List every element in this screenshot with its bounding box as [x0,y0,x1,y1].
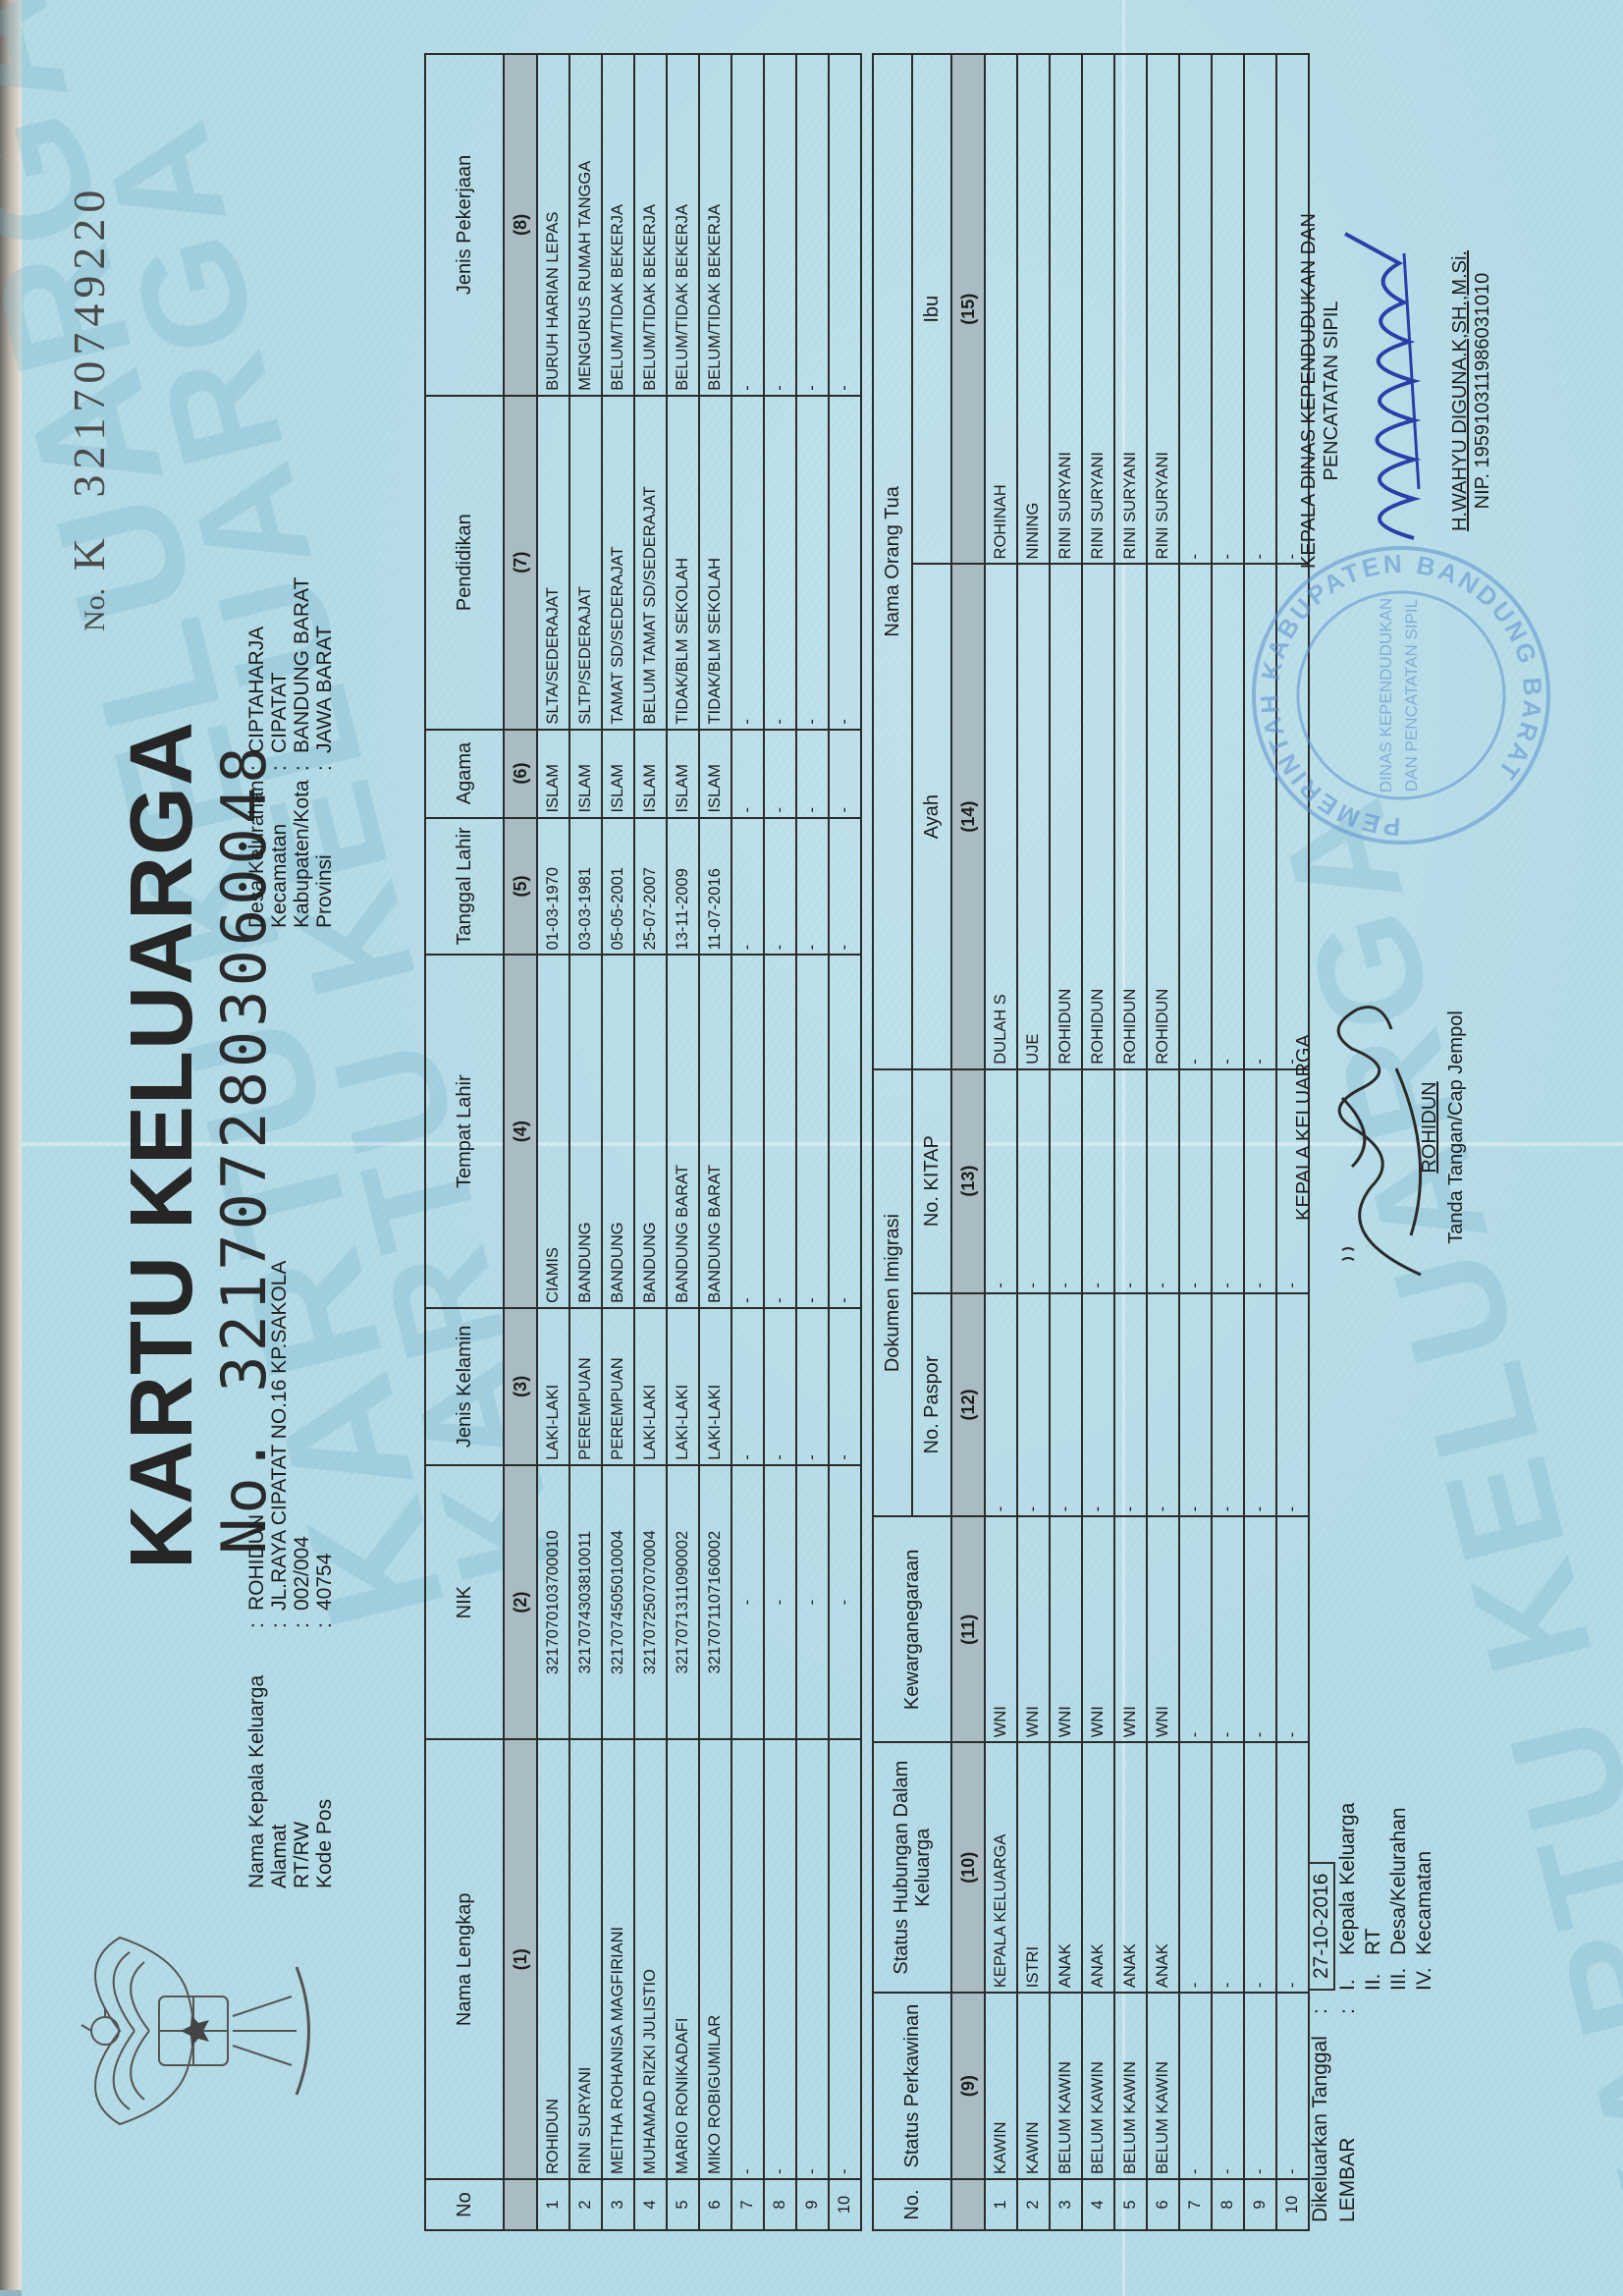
col-header: Pendidikan [425,396,504,730]
table-cell: BELUM/TIDAK BEKERJA [602,54,634,396]
col-number: (1) [504,1740,537,2180]
village-value: CIPTAHARJA [245,627,268,753]
table-row: 4BELUM KAWINANAKWNI--ROHIDUNRINI SURYANI [1082,54,1114,2230]
table-cell: - [796,1740,829,2180]
table-cell: 3 [602,2179,634,2230]
document-title: KARTU KELUARGA [112,721,213,1569]
table-cell: PEREMPUAN [569,1308,602,1465]
label: Alamat [268,1628,291,1888]
regency-value: BANDUNG BARAT [291,577,313,753]
table-cell: - [1179,1069,1212,1293]
official-signature-block: KEPALA DINAS KEPENDUDUKAN DAN PENCATATAN… [1298,136,1494,646]
table-cell: - [1212,1993,1244,2179]
table-cell: - [731,1465,764,1740]
col-header: Tanggal Lahir [425,818,504,956]
table-cell: - [1244,1993,1276,2179]
lembar-number: II. [1361,1955,1386,1991]
table-row: 9------- [1244,54,1276,2230]
col-number: (14) [951,564,985,1068]
col-header: Ayah [912,564,951,1068]
table-cell: - [1179,1742,1212,1993]
table-cell: - [764,54,796,396]
table-cell: RINI SURYANI [1147,54,1179,564]
col-header: No. [873,2179,951,2230]
table-cell: 3217071311090002 [667,1465,699,1740]
table-cell: - [1212,1516,1244,1742]
col-header: Status Perkawinan [873,1993,951,2179]
region-info: Desa/Kelurahan:CIPTAHARJA Kecamatan:CIPA… [245,577,336,928]
table-row: 3BELUM KAWINANAKWNI--ROHIDUNRINI SURYANI [1050,54,1082,2230]
col-number [951,2179,985,2230]
table-row: 6BELUM KAWINANAKWNI--ROHIDUNRINI SURYANI [1147,54,1179,2230]
members-table: No Nama Lengkap NIK Jenis Kelamin Tempat… [424,53,862,2231]
table-row: 7-------- [731,54,764,2230]
table-cell: 9 [796,2179,829,2230]
label: RT/RW [291,1628,313,1888]
table-cell: 10 [829,2179,861,2230]
col-number: (5) [504,818,537,956]
table-cell: MIKO ROBIGUMILAR [699,1740,731,2180]
table-cell: ROHIDUN [1082,564,1114,1068]
col-header: Nama Lengkap [425,1740,504,2180]
table-cell: - [829,396,861,730]
table-cell: RINI SURYANI [1082,54,1114,564]
table-cell: ROHIDUN [1147,564,1179,1068]
table-cell: - [731,730,764,818]
table-cell: - [764,730,796,818]
table-cell: 1 [985,2179,1017,2230]
table-cell: 3217074505010004 [602,1465,634,1740]
head-of-family-signature-block: KEPALA KELUARGA ROHIDUN Tanda Tangan/Cap… [1293,941,1468,1314]
table-row: 8-------- [764,54,796,2230]
issue-info: Dikeluarkan Tanggal : 27-10-2016 LEMBAR … [1308,1803,1437,2222]
table-cell: ANAK [1082,1742,1114,1993]
table-cell: - [796,1308,829,1465]
table-cell: - [1276,1516,1309,1742]
table-cell: ISLAM [634,730,667,818]
address-value: JL.RAYA CIPATAT NO.16 KP.SAKOLA [268,1261,291,1611]
table-cell: WNI [1114,1516,1147,1742]
table-cell: BELUM KAWIN [1082,1993,1114,2179]
rt-rw-value: 002/004 [291,1536,313,1611]
table-cell: 25-07-2007 [634,818,667,956]
household-info: Nama Kepala Keluarga:ROHIDUN Alamat:JL.R… [245,1261,336,1888]
table-row: 4MUHAMAD RIZKI JULISTIO3217072507070004L… [634,54,667,2230]
table-cell: ANAK [1050,1742,1082,1993]
table-cell: 3217070103700010 [537,1465,569,1740]
table-cell: - [1212,1069,1244,1293]
table-cell: PEREMPUAN [602,1308,634,1465]
table-cell: - [1212,1293,1244,1517]
table-cell: BELUM/TIDAK BEKERJA [667,54,699,396]
table-cell: RINI SURYANI [1050,54,1082,564]
serial-number: No. K 32170749220 [63,185,115,631]
table-cell: - [1050,1069,1082,1293]
table-row: 10-------- [829,54,861,2230]
table-cell: - [1114,1293,1147,1517]
col-number: (3) [504,1308,537,1465]
table-row: 5BELUM KAWINANAKWNI--ROHIDUNRINI SURYANI [1114,54,1147,2230]
issued-date: 27-10-2016 [1308,1862,1335,1991]
table-cell: 03-03-1981 [569,818,602,956]
table-cell: - [1147,1293,1179,1517]
table-cell: - [731,818,764,956]
table-cell: - [829,1465,861,1740]
table-cell: - [985,1069,1017,1293]
col-number: (12) [951,1293,985,1517]
table-cell: BELUM KAWIN [1050,1993,1082,2179]
table-cell: 4 [1082,2179,1114,2230]
table-cell: BELUM/TIDAK BEKERJA [634,54,667,396]
table-cell: - [1147,1069,1179,1293]
table-cell: KAWIN [985,1993,1017,2179]
table-cell: - [796,1465,829,1740]
table-cell: - [1179,1293,1212,1517]
table-cell: 05-05-2001 [602,818,634,956]
table-cell: BANDUNG [634,955,667,1307]
table-cell: 13-11-2009 [667,818,699,956]
table-cell: - [796,396,829,730]
table-cell: 5 [667,2179,699,2230]
status-table: No. Status Perkawinan Status Hubungan Da… [872,53,1310,2231]
table-cell: ROHIDUN [1050,564,1082,1068]
signature-caption: Tanda Tangan/Cap Jempol [1445,941,1468,1314]
table-row: 1ROHIDUN3217070103700010LAKI-LAKICIAMIS0… [537,54,569,2230]
table-cell: LAKI-LAKI [699,1308,731,1465]
table-row: 1KAWINKEPALA KELUARGAWNI--DULAH SROHINAH [985,54,1017,2230]
table-cell: WNI [1147,1516,1179,1742]
col-number: (6) [504,730,537,818]
table-row: 7------- [1179,54,1212,2230]
table-row: 8------- [1212,54,1244,2230]
table-cell: - [731,955,764,1307]
table-cell: WNI [985,1516,1017,1742]
lembar-number: III. [1386,1955,1412,1991]
table-cell: - [1179,564,1212,1068]
table-cell: - [764,1465,796,1740]
table-cell: - [1212,1742,1244,1993]
col-number: (13) [951,1069,985,1293]
col-header: No. Paspor [912,1293,951,1517]
table-cell: - [796,955,829,1307]
table-cell: BELUM KAWIN [1147,1993,1179,2179]
lembar-item: Kecamatan [1412,1851,1437,1955]
label: Provinsi [313,771,336,928]
serial-letter: K [64,532,114,571]
table-cell: BELUM/TIDAK BEKERJA [699,54,731,396]
col-number: (4) [504,955,537,1307]
table-cell: BELUM KAWIN [1114,1993,1147,2179]
table-cell: 3217071107160002 [699,1465,731,1740]
table-cell: BANDUNG BARAT [667,955,699,1307]
family-card-document: KARTU KELUARGA KARTU KELUARGA KARTU KELU… [22,0,1623,2296]
table-cell: - [1179,1516,1212,1742]
table-row: 5MARIO RONIKADAFI3217071311090002LAKI-LA… [667,54,699,2230]
table-cell: LAKI-LAKI [634,1308,667,1465]
table-cell: - [1276,1993,1309,2179]
table-cell: - [796,54,829,396]
table-cell: - [731,396,764,730]
table-cell: 1 [537,2179,569,2230]
col-group-header: Dokumen Imigrasi [873,1069,912,1517]
table-cell: 7 [731,2179,764,2230]
table-cell: BANDUNG [569,955,602,1307]
table-cell: BELUM TAMAT SD/SEDERAJAT [634,396,667,730]
table-cell: 10 [1276,2179,1309,2230]
table-cell: 2 [1017,2179,1050,2230]
table-cell: 3217074303810011 [569,1465,602,1740]
col-number: (15) [951,54,985,564]
table-cell: - [1244,1293,1276,1517]
table-cell: - [1244,1742,1276,1993]
table-cell: RINI SURYANI [569,1740,602,2180]
table-cell: 9 [1244,2179,1276,2230]
label: Kode Pos [313,1628,336,1888]
table-cell: ISLAM [602,730,634,818]
table-cell: KAWIN [1017,1993,1050,2179]
col-header: Kewarganegaraan [873,1516,951,1742]
col-number [504,2179,537,2230]
table-cell: - [764,1308,796,1465]
table-cell: CIAMIS [537,955,569,1307]
table-cell: - [764,1740,796,2180]
table-cell: ISLAM [667,730,699,818]
table-cell: - [829,955,861,1307]
table-cell: MUHAMAD RIZKI JULISTIO [634,1740,667,2180]
table-cell: LAKI-LAKI [667,1308,699,1465]
head-of-family-value: ROHIDUN [245,1514,268,1611]
col-header: No [425,2179,504,2230]
table-cell: - [731,1740,764,2180]
table-cell: SLTP/SEDERAJAT [569,396,602,730]
table-cell: 3 [1050,2179,1082,2230]
table-cell: - [829,1740,861,2180]
table-row: 3MEITHA ROHANISA MAGFIRIANI3217074505010… [602,54,634,2230]
table-cell: ROHIDUN [537,1740,569,2180]
col-header: Status Hubungan Dalam Keluarga [873,1742,951,1993]
table-cell: SLTA/SEDERAJAT [537,396,569,730]
col-header: NIK [425,1465,504,1740]
table-cell: - [1244,54,1276,564]
table-cell: MARIO RONIKADAFI [667,1740,699,2180]
table-cell: ISLAM [537,730,569,818]
table-cell: WNI [1082,1516,1114,1742]
label: Nama Kepala Keluarga [245,1628,268,1888]
table-cell: - [1212,564,1244,1068]
table-cell: - [1244,1069,1276,1293]
col-number: (9) [951,1993,985,2179]
col-number: (7) [504,396,537,730]
official-name: H.WAHYU DIGUNA.K,SH.,M.Si. [1449,136,1472,646]
table-cell: DULAH S [985,564,1017,1068]
table-cell: - [796,730,829,818]
label: Kecamatan [268,771,291,928]
table-cell: ANAK [1147,1742,1179,1993]
province-value: JAWA BARAT [313,626,336,753]
table-cell: - [829,818,861,956]
table-cell: - [1082,1293,1114,1517]
table-cell: 6 [699,2179,731,2230]
table-cell: - [1050,1293,1082,1517]
lembar-number: I. [1335,1955,1361,1991]
table-cell: WNI [1017,1516,1050,1742]
table-cell: ISTRI [1017,1742,1050,1993]
table-cell: - [764,396,796,730]
col-number: (2) [504,1465,537,1740]
table-cell: - [1244,1516,1276,1742]
col-header: No. KITAP [912,1069,951,1293]
table-cell: NINING [1017,54,1050,564]
table-cell: - [829,1308,861,1465]
table-row: 2RINI SURYANI3217074303810011PEREMPUANBA… [569,54,602,2230]
table-cell: BURUH HARIAN LEPAS [537,54,569,396]
col-number: (8) [504,54,537,396]
table-row: 6MIKO ROBIGUMILAR3217071107160002LAKI-LA… [699,54,731,2230]
lembar-item: RT [1361,1928,1386,1955]
col-header: Jenis Pekerjaan [425,54,504,396]
table-cell: ISLAM [569,730,602,818]
table-cell: - [731,54,764,396]
col-header: Tempat Lahir [425,955,504,1307]
table-cell: 4 [634,2179,667,2230]
table-cell: RINI SURYANI [1114,54,1147,564]
table-cell: - [1082,1069,1114,1293]
table-cell: ISLAM [699,730,731,818]
table-cell: WNI [1050,1516,1082,1742]
table-cell: - [731,1308,764,1465]
table-cell: - [1179,1993,1212,2179]
table-cell: - [829,54,861,396]
table-cell: - [764,955,796,1307]
table-cell: TIDAK/BLM SEKOLAH [667,396,699,730]
signature-icon [1313,960,1440,1294]
table-cell: - [796,818,829,956]
table-cell: MENGURUS RUMAH TANGGA [569,54,602,396]
lembar-number: IV. [1412,1955,1437,1991]
table-cell: ANAK [1114,1742,1147,1993]
table-cell: 11-07-2016 [699,818,731,956]
table-cell: KEPALA KELUARGA [985,1742,1017,1993]
official-title-1: KEPALA DINAS KEPENDUDUKAN DAN [1298,136,1321,646]
col-header: Agama [425,730,504,818]
label: Kabupaten/Kota [291,771,313,928]
table-cell: 3217072507070004 [634,1465,667,1740]
table-cell: 2 [569,2179,602,2230]
table-cell: TIDAK/BLM SEKOLAH [699,396,731,730]
lembar-list: I.Kepala Keluarga II.RT III.Desa/Kelurah… [1335,1803,1437,1991]
table-cell: TAMAT SD/SEDERAJAT [602,396,634,730]
table-cell: ROHIDUN [1114,564,1147,1068]
table-cell: - [985,1293,1017,1517]
postal-code-value: 40754 [313,1554,336,1611]
table-cell: 7 [1179,2179,1212,2230]
serial-prefix: No. [79,588,111,631]
lembar-item: Kepala Keluarga [1335,1803,1361,1955]
table-cell: - [1212,54,1244,564]
table-cell: - [1017,1069,1050,1293]
garuda-emblem-icon [61,1908,326,2154]
serial-value: 32170749220 [64,185,114,498]
table-row: 2KAWINISTRIWNI--UJENINING [1017,54,1050,2230]
official-nip: NIP. 195910311986031010 [1472,136,1494,646]
col-header: Ibu [912,54,951,564]
table-cell: ROHINAH [985,54,1017,564]
signature-icon [1325,214,1443,548]
issued-label: Dikeluarkan Tanggal [1308,2014,1335,2222]
table-cell: UJE [1017,564,1050,1068]
table-cell: LAKI-LAKI [537,1308,569,1465]
table-cell: - [829,730,861,818]
lembar-item: Desa/Kelurahan [1386,1807,1412,1955]
table-cell: BANDUNG [602,955,634,1307]
table-cell: 01-03-1970 [537,818,569,956]
table-cell: 8 [764,2179,796,2230]
table-cell: 6 [1147,2179,1179,2230]
col-number: (11) [951,1516,985,1742]
col-header: Jenis Kelamin [425,1308,504,1465]
table-cell: - [1017,1293,1050,1517]
table-cell: 8 [1212,2179,1244,2230]
table-cell: - [1276,1293,1309,1517]
table-cell: MEITHA ROHANISA MAGFIRIANI [602,1740,634,2180]
col-group-header: Nama Orang Tua [873,54,912,1069]
table-cell: - [764,818,796,956]
table-cell: - [1276,1742,1309,1993]
table-cell: 5 [1114,2179,1147,2230]
label: Desa/Kelurahan [245,771,268,928]
col-number: (10) [951,1742,985,1993]
district-value: CIPATAT [268,673,291,753]
table-cell: - [1114,1069,1147,1293]
table-cell: - [1179,54,1212,564]
lembar-label: LEMBAR [1335,2014,1437,2222]
table-row: 9-------- [796,54,829,2230]
table-cell: BANDUNG BARAT [699,955,731,1307]
